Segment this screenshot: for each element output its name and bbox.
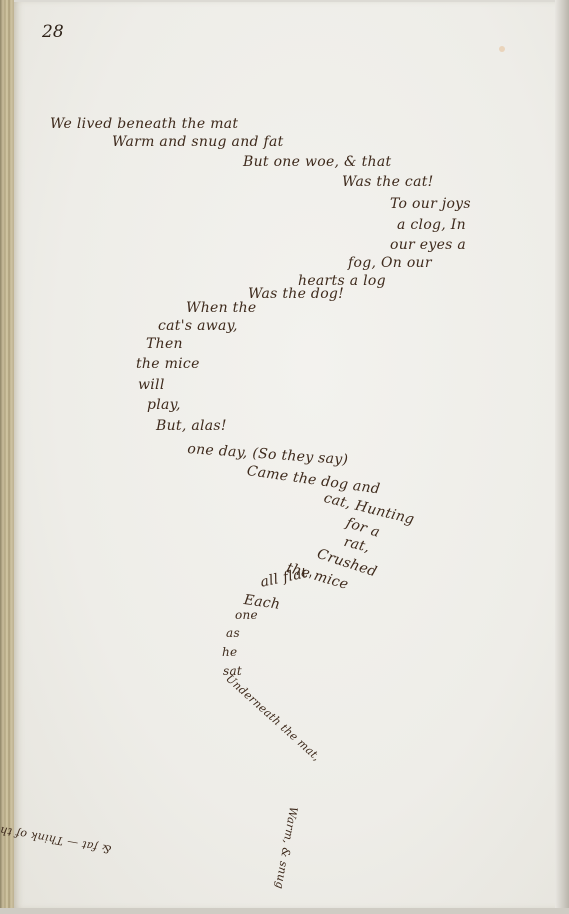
poem-line: fog, On our (348, 255, 432, 271)
poem-line: a clog, In (397, 217, 466, 233)
page-right-edge (555, 0, 569, 914)
poem-line: But one woe, & that (243, 154, 391, 170)
poem-line: our eyes a (390, 237, 466, 253)
poem-line: But, alas! (156, 418, 227, 434)
poem-line: To our joys (390, 196, 471, 212)
poem-line: play, (147, 397, 181, 413)
poem-line: Was the dog! (248, 286, 344, 302)
book-page-edges (0, 0, 14, 914)
paper-stain (499, 46, 505, 52)
page-bottom-edge (0, 908, 569, 914)
page-number: 28 (42, 22, 64, 42)
poem-line: When the (186, 300, 257, 316)
poem-line: he (222, 645, 237, 659)
poem-line: Warm and snug and fat (112, 134, 284, 150)
poem-line: will (138, 377, 165, 393)
poem-line: We lived beneath the mat (50, 116, 238, 132)
poem-line: one (235, 608, 258, 622)
poem-line: the mice (136, 356, 200, 372)
poem-line: Was the cat! (342, 174, 434, 190)
poem-line: as (226, 626, 240, 640)
poem-line: Then (146, 336, 183, 352)
poem-line: cat's away, (158, 318, 238, 334)
